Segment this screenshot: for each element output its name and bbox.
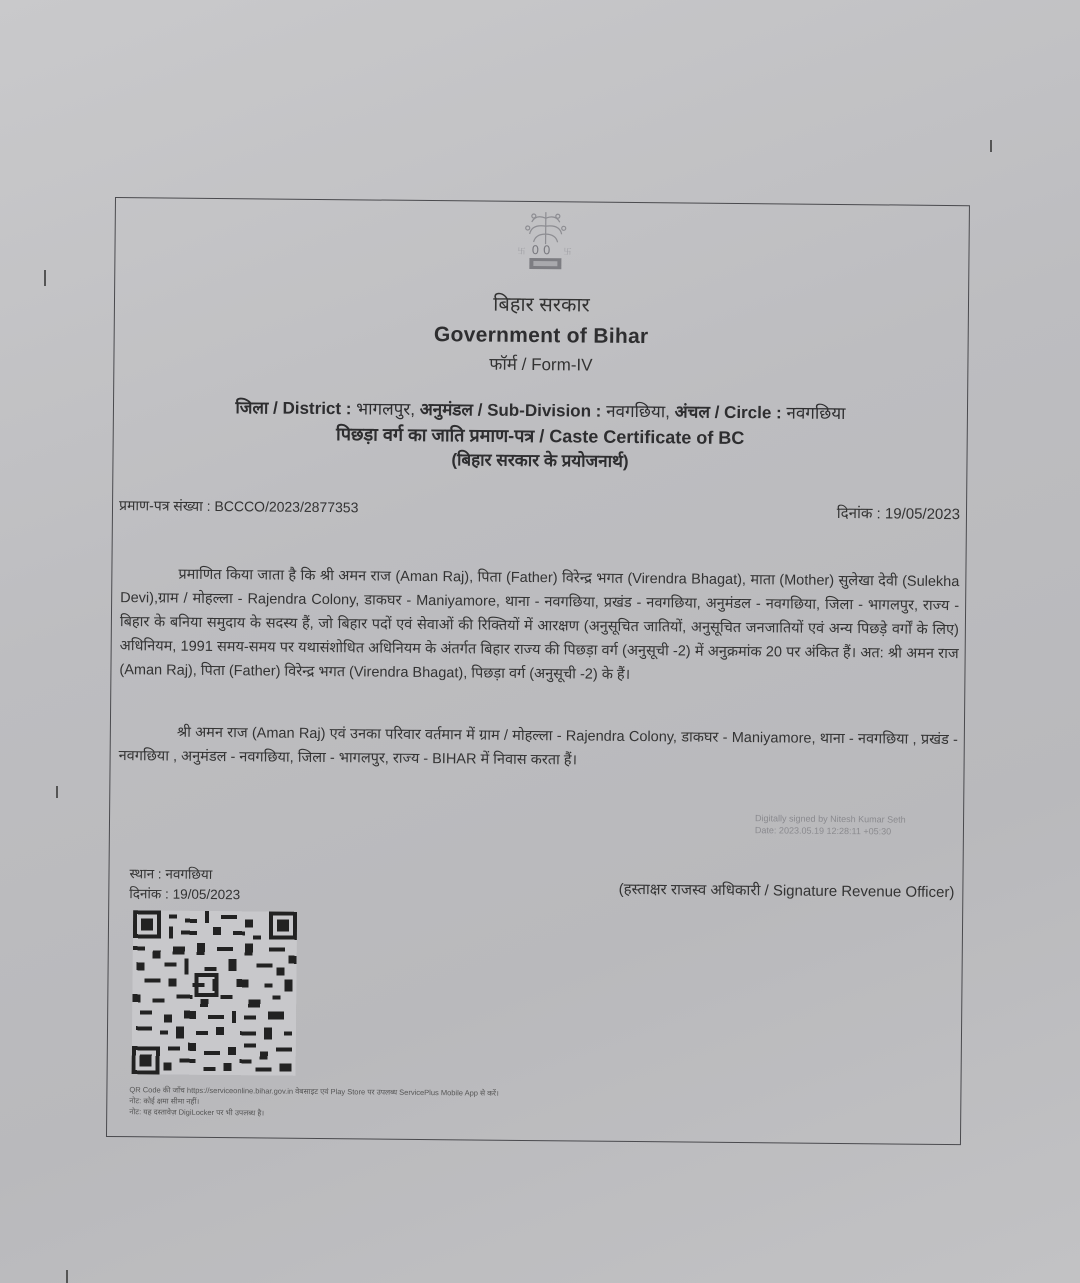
issue-date: दिनांक : 19/05/2023 [837,503,960,524]
svg-text:卐: 卐 [517,247,525,256]
issue-date-label: दिनांक : [837,505,881,522]
subdivision-value: नवगछिया, [606,402,670,422]
government-title: Government of Bihar [115,320,968,352]
certification-paragraph: प्रमाणित किया जाता है कि श्री अमन राज (A… [119,562,959,690]
certificate-number-value: BCCCO/2023/2877353 [214,498,358,515]
paper-mark [56,786,58,798]
district-label: जिला / District : [235,398,351,418]
paper-mark [44,270,46,286]
footer-date-value: 19/05/2023 [173,887,241,903]
bihar-emblem-icon: 0 0 卐 卐 [505,206,586,273]
subdivision-label: अनुमंडल / Sub-Division : [420,400,602,421]
issue-date-value: 19/05/2023 [885,505,960,523]
hindi-government-title: बिहार सरकार [115,286,968,321]
certificate-meta-row: प्रमाण-पत्र संख्या : BCCCO/2023/2877353 … [119,496,960,524]
footer-date: दिनांक : 19/05/2023 [129,884,240,905]
signature-revenue-officer: (हस्ताक्षर राजस्व अधिकारी / Signature Re… [619,879,955,902]
form-number: फॉर्म / Form-IV [114,348,967,379]
place-value: नवगछिया [165,867,212,882]
certificate-frame: 0 0 卐 卐 बिहार सरकार Government of Bihar … [106,197,970,1145]
qr-verification-note: QR Code की जाँच https://serviceonline.bi… [129,1084,499,1121]
place-date-block: स्थान : नवगछिया दिनांक : 19/05/2023 [129,864,240,905]
place: स्थान : नवगछिया [129,864,240,885]
svg-text:卐: 卐 [563,247,571,256]
paper-mark [66,1270,68,1283]
district-value: भागलपुर, [356,399,415,419]
digital-signature-date: Date: 2023.05.19 12:28:11 +05:30 [755,824,906,837]
digital-signature-stamp: Digitally signed by Nitesh Kumar Seth Da… [755,812,906,837]
certificate-number: प्रमाण-पत्र संख्या : BCCCO/2023/2877353 [119,496,359,518]
qr-code-icon [132,910,298,1076]
certificate-number-label: प्रमाण-पत्र संख्या : [119,497,211,514]
footer-date-label: दिनांक : [129,886,169,901]
qr-note-line-3: नोट: यह दस्तावेज़ DigiLocker पर भी उपलब्… [129,1106,499,1121]
svg-text:0 0: 0 0 [531,243,550,257]
place-label: स्थान : [129,866,161,881]
circle-value: नवगछिया [786,403,845,423]
paper-mark [990,140,992,152]
photographed-paper: 0 0 卐 卐 बिहार सरकार Government of Bihar … [0,0,1080,1283]
residence-paragraph: श्री अमन राज (Aman Raj) एवं उनका परिवार … [119,720,958,776]
circle-label: अंचल / Circle : [675,402,782,422]
